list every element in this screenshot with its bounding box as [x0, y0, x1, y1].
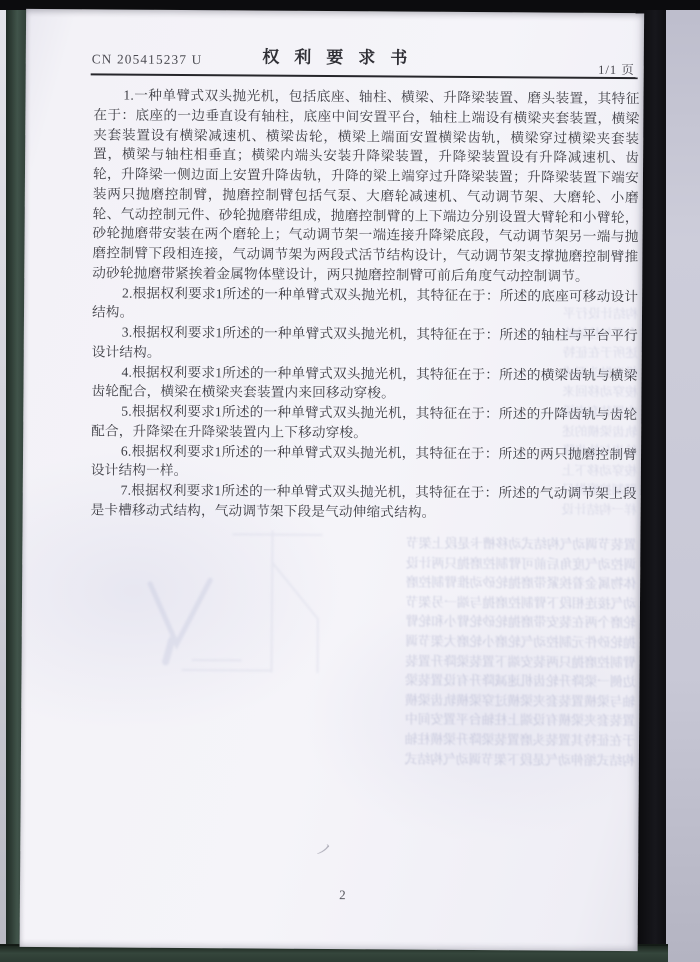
claim-paragraph: 7.根据权利要求1所述的一种单臂式双头抛光机，其特征在于：所述的气动调节架上段是…	[91, 480, 637, 523]
bleedthrough-text: 置装节调动气构结式动移槽卡是段上架节调控动气度角后前可臂制控磨抛只两计设体物属金…	[351, 534, 637, 771]
claim-paragraph: 6.根据权利要求1所述的一种单臂式双头抛光机，其特征在于：所述的两只抛磨控制臂设…	[91, 441, 637, 484]
bleedthrough-line: 抛轮砂件元制控动气轮磨小轮磨大架节调	[352, 632, 636, 654]
claim-paragraph: 1.一种单臂式双头抛光机，包括底座、轴柱、横梁、升降梁装置、磨头装置，其特征在于…	[92, 85, 639, 286]
claim-paragraph: 2.根据权利要求1所述的一种单臂式双头抛光机，其特征在于：所述的底座可移动设计结…	[92, 283, 638, 326]
bleedthrough-figure	[121, 522, 362, 694]
page-number: 2	[20, 885, 638, 905]
header-divider	[91, 73, 638, 79]
bleedthrough-line: 边侧一梁降升轮齿机速减降升有设置装梁	[351, 671, 635, 693]
page-title: 权利要求书	[26, 41, 644, 70]
claims-section: 1.一种单臂式双头抛光机，包括底座、轴柱、横梁、升降梁装置、磨头装置，其特征在于…	[91, 85, 640, 523]
claim-paragraph: 5.根据权利要求1所述的一种单臂式双头抛光机，其特征在于：所述的升降齿轨与齿轮配…	[91, 401, 637, 444]
bleedthrough-line: 轴与梁横置装套夹梁横过穿梁横轨齿梁横	[351, 691, 635, 713]
bleedthrough-line: 动气接连相段下臂制控磨抛与端一另架节	[352, 593, 636, 615]
bleedthrough-line: 置装套夹梁横有设端上柱轴台平置安间中	[351, 710, 635, 732]
bleedthrough-line: 体物属金着挨紧带磨抛轮砂动推臂制控磨	[352, 573, 636, 595]
document-page: CN 205415237 U 权利要求书 1/1 页 1.一种单臂式双头抛光机，…	[20, 9, 645, 951]
bleedthrough-line: 臂制控磨抛只两装安端下置装梁降升置装	[352, 652, 636, 674]
bleedthrough-pen-mark: ノ	[314, 835, 335, 861]
bleedthrough-line: 调控动气度角后前可臂制控磨抛只两计设	[352, 554, 636, 576]
bleedthrough-line: 于在征特其置装头磨置装梁降升梁横柱轴	[351, 730, 635, 752]
claim-paragraph: 4.根据权利要求1所述的一种单臂式双头抛光机，其特征在于：所述的横梁齿轨与横梁齿…	[91, 362, 637, 405]
adjacent-page-edge-right	[666, 0, 700, 962]
bleedthrough-line: 轮磨个两在装安带磨抛轮砂轮臂小和轮臂	[352, 613, 636, 635]
page-indicator: 1/1 页	[598, 60, 635, 78]
bleedthrough-line: 置装节调动气构结式动移槽卡是段上架节	[352, 534, 636, 556]
bleedthrough-line: 构结式缩伸动气是段下架节调动气构结式	[351, 750, 635, 772]
claim-paragraph: 3.根据权利要求1所述的一种单臂式双头抛光机，其特征在于：所述的轴柱与平台平行设…	[92, 322, 638, 365]
scanned-patent-page: CN 205415237 U 权利要求书 1/1 页 1.一种单臂式双头抛光机，…	[0, 0, 700, 962]
